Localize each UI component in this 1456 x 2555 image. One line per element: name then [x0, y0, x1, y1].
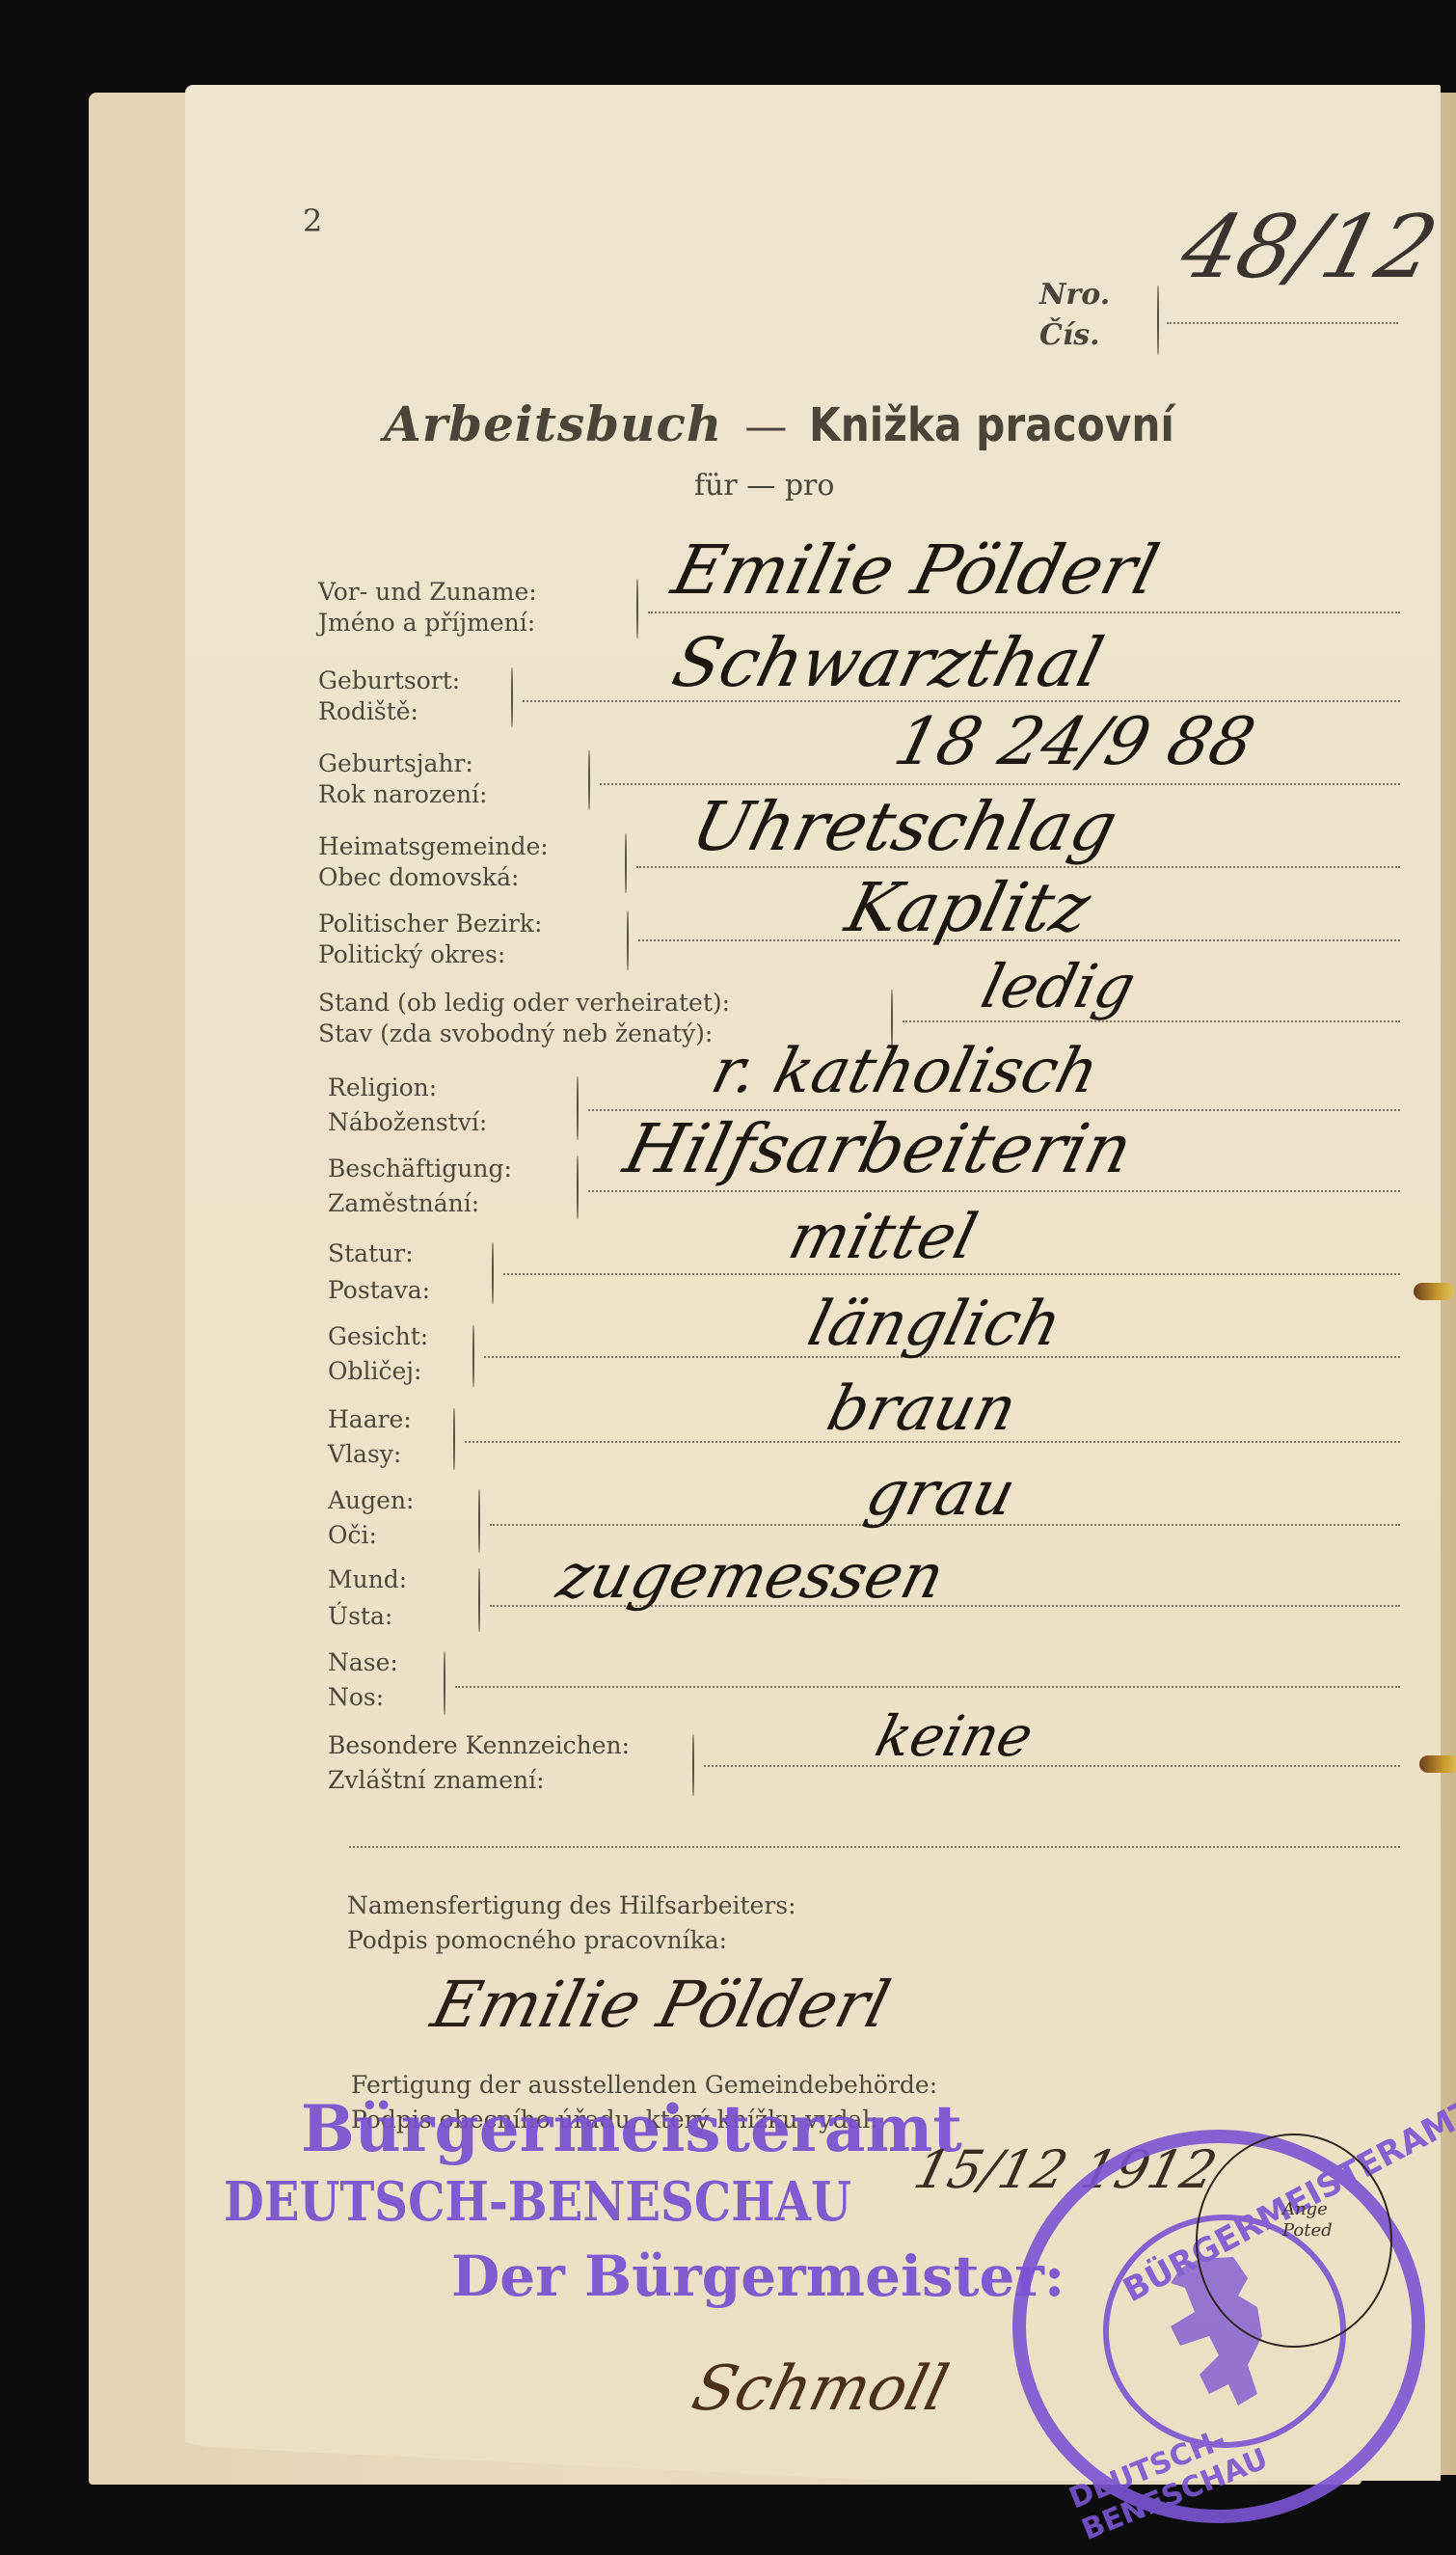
dotted-line [648, 612, 1400, 613]
brace [453, 1408, 455, 1470]
label-hair-cz: Vlasy: [328, 1439, 401, 1469]
title-subtitle: für — pro [694, 469, 834, 503]
label-status-cz: Stav (zda svobodný neb ženatý): [318, 1019, 713, 1048]
title-dash: — [744, 402, 787, 451]
label-nose-de: Nase: [328, 1647, 398, 1677]
label-mouth-cz: Ústa: [328, 1601, 392, 1631]
brace [577, 1155, 579, 1219]
stamp-town: DEUTSCH-BENESCHAU [224, 2170, 851, 2234]
stamp-office: Bürgermeisteramt [301, 2091, 962, 2166]
brace [492, 1242, 494, 1304]
label-birthplace-cz: Rodiště: [318, 696, 418, 726]
binding-thread [1419, 1755, 1456, 1773]
label-marks-de: Besondere Kennzeichen: [328, 1730, 630, 1760]
value-status: ledig [975, 951, 1143, 1021]
brace [444, 1651, 445, 1715]
brace [511, 667, 513, 727]
label-mouth-de: Mund: [328, 1564, 407, 1594]
value-occupation: Hilfsarbeiterin [617, 1109, 1140, 1188]
dotted-line [455, 1686, 1400, 1688]
number-label-cz: Čís. [1039, 318, 1100, 352]
label-district-de: Politischer Bezirk: [318, 909, 542, 938]
brace [692, 1734, 694, 1796]
label-name-de: Vor- und Zuname: [318, 577, 537, 607]
label-religion-cz: Náboženství: [328, 1107, 487, 1137]
label-home-cz: Obec domovská: [318, 862, 519, 892]
dotted-line [1167, 322, 1398, 324]
label-occupation-de: Beschäftigung: [328, 1154, 512, 1183]
dotted-line [588, 1190, 1400, 1192]
brace [588, 750, 590, 810]
value-face: länglich [801, 1289, 1068, 1360]
value-marks: keine [870, 1703, 1040, 1769]
number-label-de: Nro. [1039, 278, 1110, 312]
title-cz: Knižka pracovní [809, 398, 1174, 452]
binding-thread [1414, 1283, 1454, 1300]
label-home-de: Heimatsgemeinde: [318, 831, 549, 861]
label-birthyear-cz: Rok narození: [318, 779, 487, 809]
brace [478, 1489, 480, 1553]
worker-signature-label-cz: Podpis pomocného pracovníka: [347, 1925, 727, 1955]
worker-signature: Emilie Pölderl [424, 1968, 897, 2042]
separator-line [349, 1846, 1400, 1848]
label-hair-de: Haare: [328, 1404, 412, 1434]
label-stature-de: Statur: [328, 1238, 414, 1268]
label-status-de: Stand (ob ledig oder verheiratet): [318, 988, 730, 1018]
label-religion-de: Religion: [328, 1073, 437, 1102]
label-face-cz: Obličej: [328, 1356, 421, 1386]
label-birthplace-de: Geburtsort: [318, 666, 460, 695]
value-birthplace: Schwarzthal [665, 623, 1111, 702]
label-district-cz: Politický okres: [318, 939, 505, 969]
dotted-line [600, 783, 1400, 785]
dotted-line [503, 1273, 1400, 1275]
brace [472, 1325, 474, 1387]
label-face-de: Gesicht: [328, 1321, 428, 1351]
label-occupation-cz: Zaměstnání: [328, 1188, 479, 1218]
mayor-signature: Schmoll [686, 2353, 956, 2425]
value-district: Kaplitz [839, 868, 1098, 947]
label-name-cz: Jméno a příjmení: [318, 608, 535, 638]
value-home: Uhretschlag [685, 787, 1125, 866]
brace [577, 1076, 579, 1140]
brace [1157, 285, 1159, 355]
label-marks-cz: Zvláštní znamení: [328, 1765, 545, 1795]
value-eyes: grau [859, 1458, 1022, 1530]
title-de: Arbeitsbuch [384, 395, 722, 452]
label-birthyear-de: Geburtsjahr: [318, 748, 473, 778]
label-eyes-cz: Oči: [328, 1520, 377, 1550]
page-number: 2 [303, 203, 322, 239]
worker-signature-label-de: Namensfertigung des Hilfsarbeiters: [347, 1890, 796, 1920]
stamp-mayor: Der Bürgermeister: [451, 2243, 1065, 2309]
value-religion: r. katholisch [705, 1036, 1106, 1107]
brace [627, 911, 629, 970]
label-nose-cz: Nos: [328, 1682, 384, 1712]
value-mouth: zugemessen [551, 1541, 952, 1613]
value-name: Emilie Pölderl [665, 530, 1167, 610]
title-row: Arbeitsbuch — Knižka pracovní [384, 395, 1225, 452]
brace [478, 1568, 480, 1632]
brace [625, 833, 627, 893]
label-stature-cz: Postava: [328, 1275, 430, 1305]
label-eyes-de: Augen: [328, 1485, 414, 1515]
brace [636, 579, 638, 639]
pencil-note: Ange Poted [1282, 2199, 1350, 2242]
value-stature: mittel [782, 1202, 984, 1273]
dotted-line [704, 1765, 1400, 1767]
value-birthyear: 18 24/9 88 [887, 704, 1262, 780]
value-hair: braun [821, 1373, 1024, 1445]
number-value: 48/12 [1172, 197, 1447, 298]
